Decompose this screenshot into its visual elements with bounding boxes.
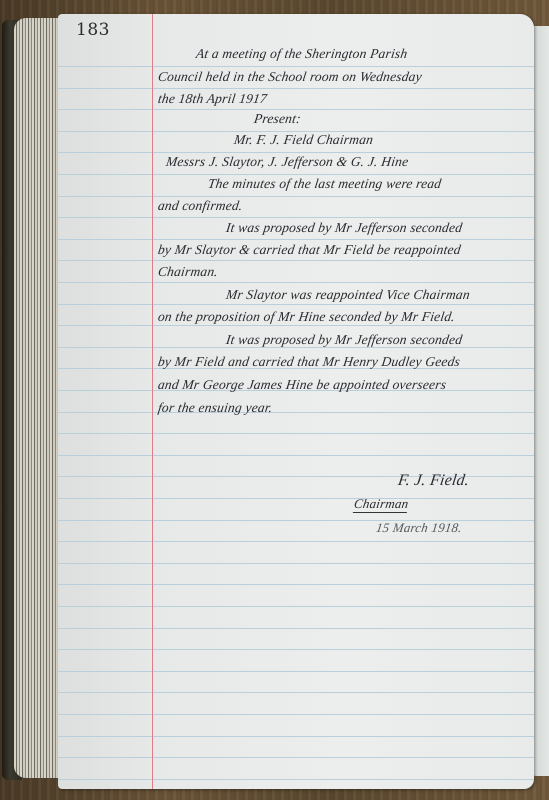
ruled-line (58, 779, 534, 780)
minutes-line-17: for the ensuing year. (157, 400, 274, 416)
minutes-line-14: It was proposed by Mr Jefferson seconded (225, 332, 463, 348)
minutes-line-13: on the proposition of Mr Hine seconded b… (157, 309, 456, 325)
minutes-line-3: the 18th April 1917 (157, 91, 268, 107)
minutes-line-11: Chairman. (157, 264, 219, 280)
ruled-line (58, 736, 534, 737)
signature-title: Chairman (353, 496, 410, 513)
ruled-line (58, 217, 534, 218)
minutes-line-10: by Mr Slaytor & carried that Mr Field be… (157, 242, 462, 258)
minutes-line-9: It was proposed by Mr Jefferson seconded (225, 220, 463, 236)
ruled-line (58, 66, 534, 67)
signature-date: 15 March 1918. (375, 520, 463, 536)
signature-name: F. J. Field. (397, 472, 471, 490)
ruled-line (58, 88, 534, 89)
ruled-line (58, 649, 534, 650)
ruled-line (58, 433, 534, 434)
ruled-line (58, 239, 534, 240)
minutes-line-present: Present: (253, 111, 302, 127)
page-edges (14, 18, 60, 778)
ruled-line (58, 325, 534, 326)
ruled-line (58, 671, 534, 672)
ruled-line (58, 692, 534, 693)
ruled-line (58, 584, 534, 585)
minutes-line-12: Mr Slaytor was reappointed Vice Chairman (225, 287, 471, 303)
ruled-line (58, 498, 534, 499)
ruled-line (58, 196, 534, 197)
page-number: 183 (76, 20, 110, 40)
ruled-line (58, 714, 534, 715)
minutes-line-15: by Mr Field and carried that Mr Henry Du… (157, 354, 461, 370)
ruled-line (58, 757, 534, 758)
red-margin-line (152, 14, 153, 789)
ruled-line (58, 412, 534, 413)
minutes-line-8: and confirmed. (157, 198, 244, 214)
ruled-line (58, 541, 534, 542)
minutes-line-7: The minutes of the last meeting were rea… (207, 176, 443, 192)
minutes-line-2: Council held in the School room on Wedne… (157, 69, 423, 85)
minutes-line-16: and Mr George James Hine be appointed ov… (157, 377, 447, 393)
minutes-line-members: Messrs J. Slaytor, J. Jefferson & G. J. … (165, 154, 410, 170)
ruled-line (58, 260, 534, 261)
ruled-line (58, 174, 534, 175)
ruled-line (58, 304, 534, 305)
minutes-line-chairman: Mr. F. J. Field Chairman (233, 132, 374, 148)
ruled-line (58, 628, 534, 629)
ruled-line (58, 282, 534, 283)
ruled-line (58, 563, 534, 564)
ruled-line (58, 455, 534, 456)
minutes-line-1: At a meeting of the Sherington Parish (195, 46, 409, 62)
ledger-page: 183 At a meeting of the Sherington Paris… (58, 14, 534, 789)
ruled-line (58, 606, 534, 607)
